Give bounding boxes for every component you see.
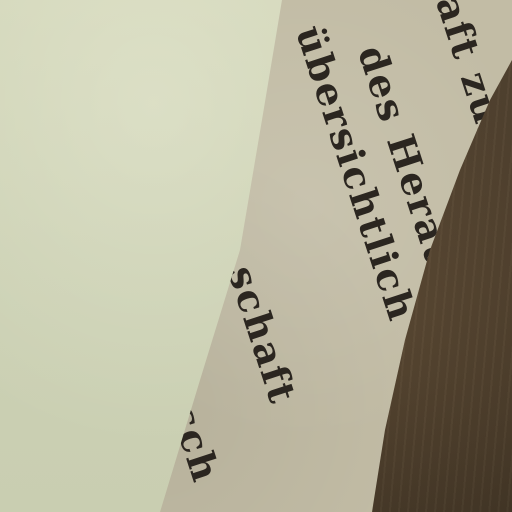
photo-scene: aft zum des Herausgeber übersichtlich sc… (0, 0, 512, 512)
text-line-4: schaft (219, 260, 306, 410)
